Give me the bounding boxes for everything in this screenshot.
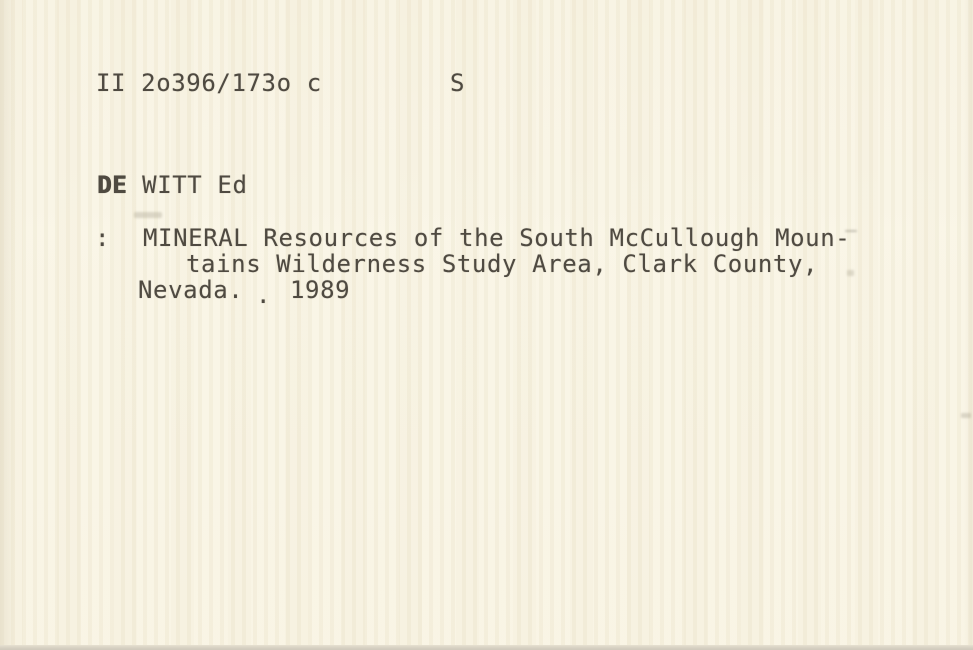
ink-smudge — [847, 270, 854, 276]
author-surname-prefix: DE — [97, 171, 127, 199]
call-number: II 2o396/173o c — [96, 69, 322, 97]
card-bottom-edge — [0, 645, 973, 650]
title-line-3: Nevada. — [138, 276, 243, 304]
author-name: WITT Ed — [127, 171, 247, 199]
faint-overstrike-dash — [845, 230, 857, 232]
title-line-2: tains Wilderness Study Area, Clark Count… — [186, 250, 818, 278]
ink-smudge — [134, 212, 162, 218]
stray-period: . — [256, 281, 271, 309]
size-letter: S — [450, 69, 465, 97]
edge-mark — [961, 413, 971, 418]
title-separator: : — [95, 224, 110, 252]
title-line-1: MINERAL Resources of the South McCulloug… — [143, 224, 850, 252]
publication-year: 1989 — [290, 276, 350, 304]
author-line: DE WITT Ed — [97, 171, 248, 199]
catalog-card: II 2o396/173o c S DE WITT Ed : MINERAL R… — [0, 0, 973, 650]
